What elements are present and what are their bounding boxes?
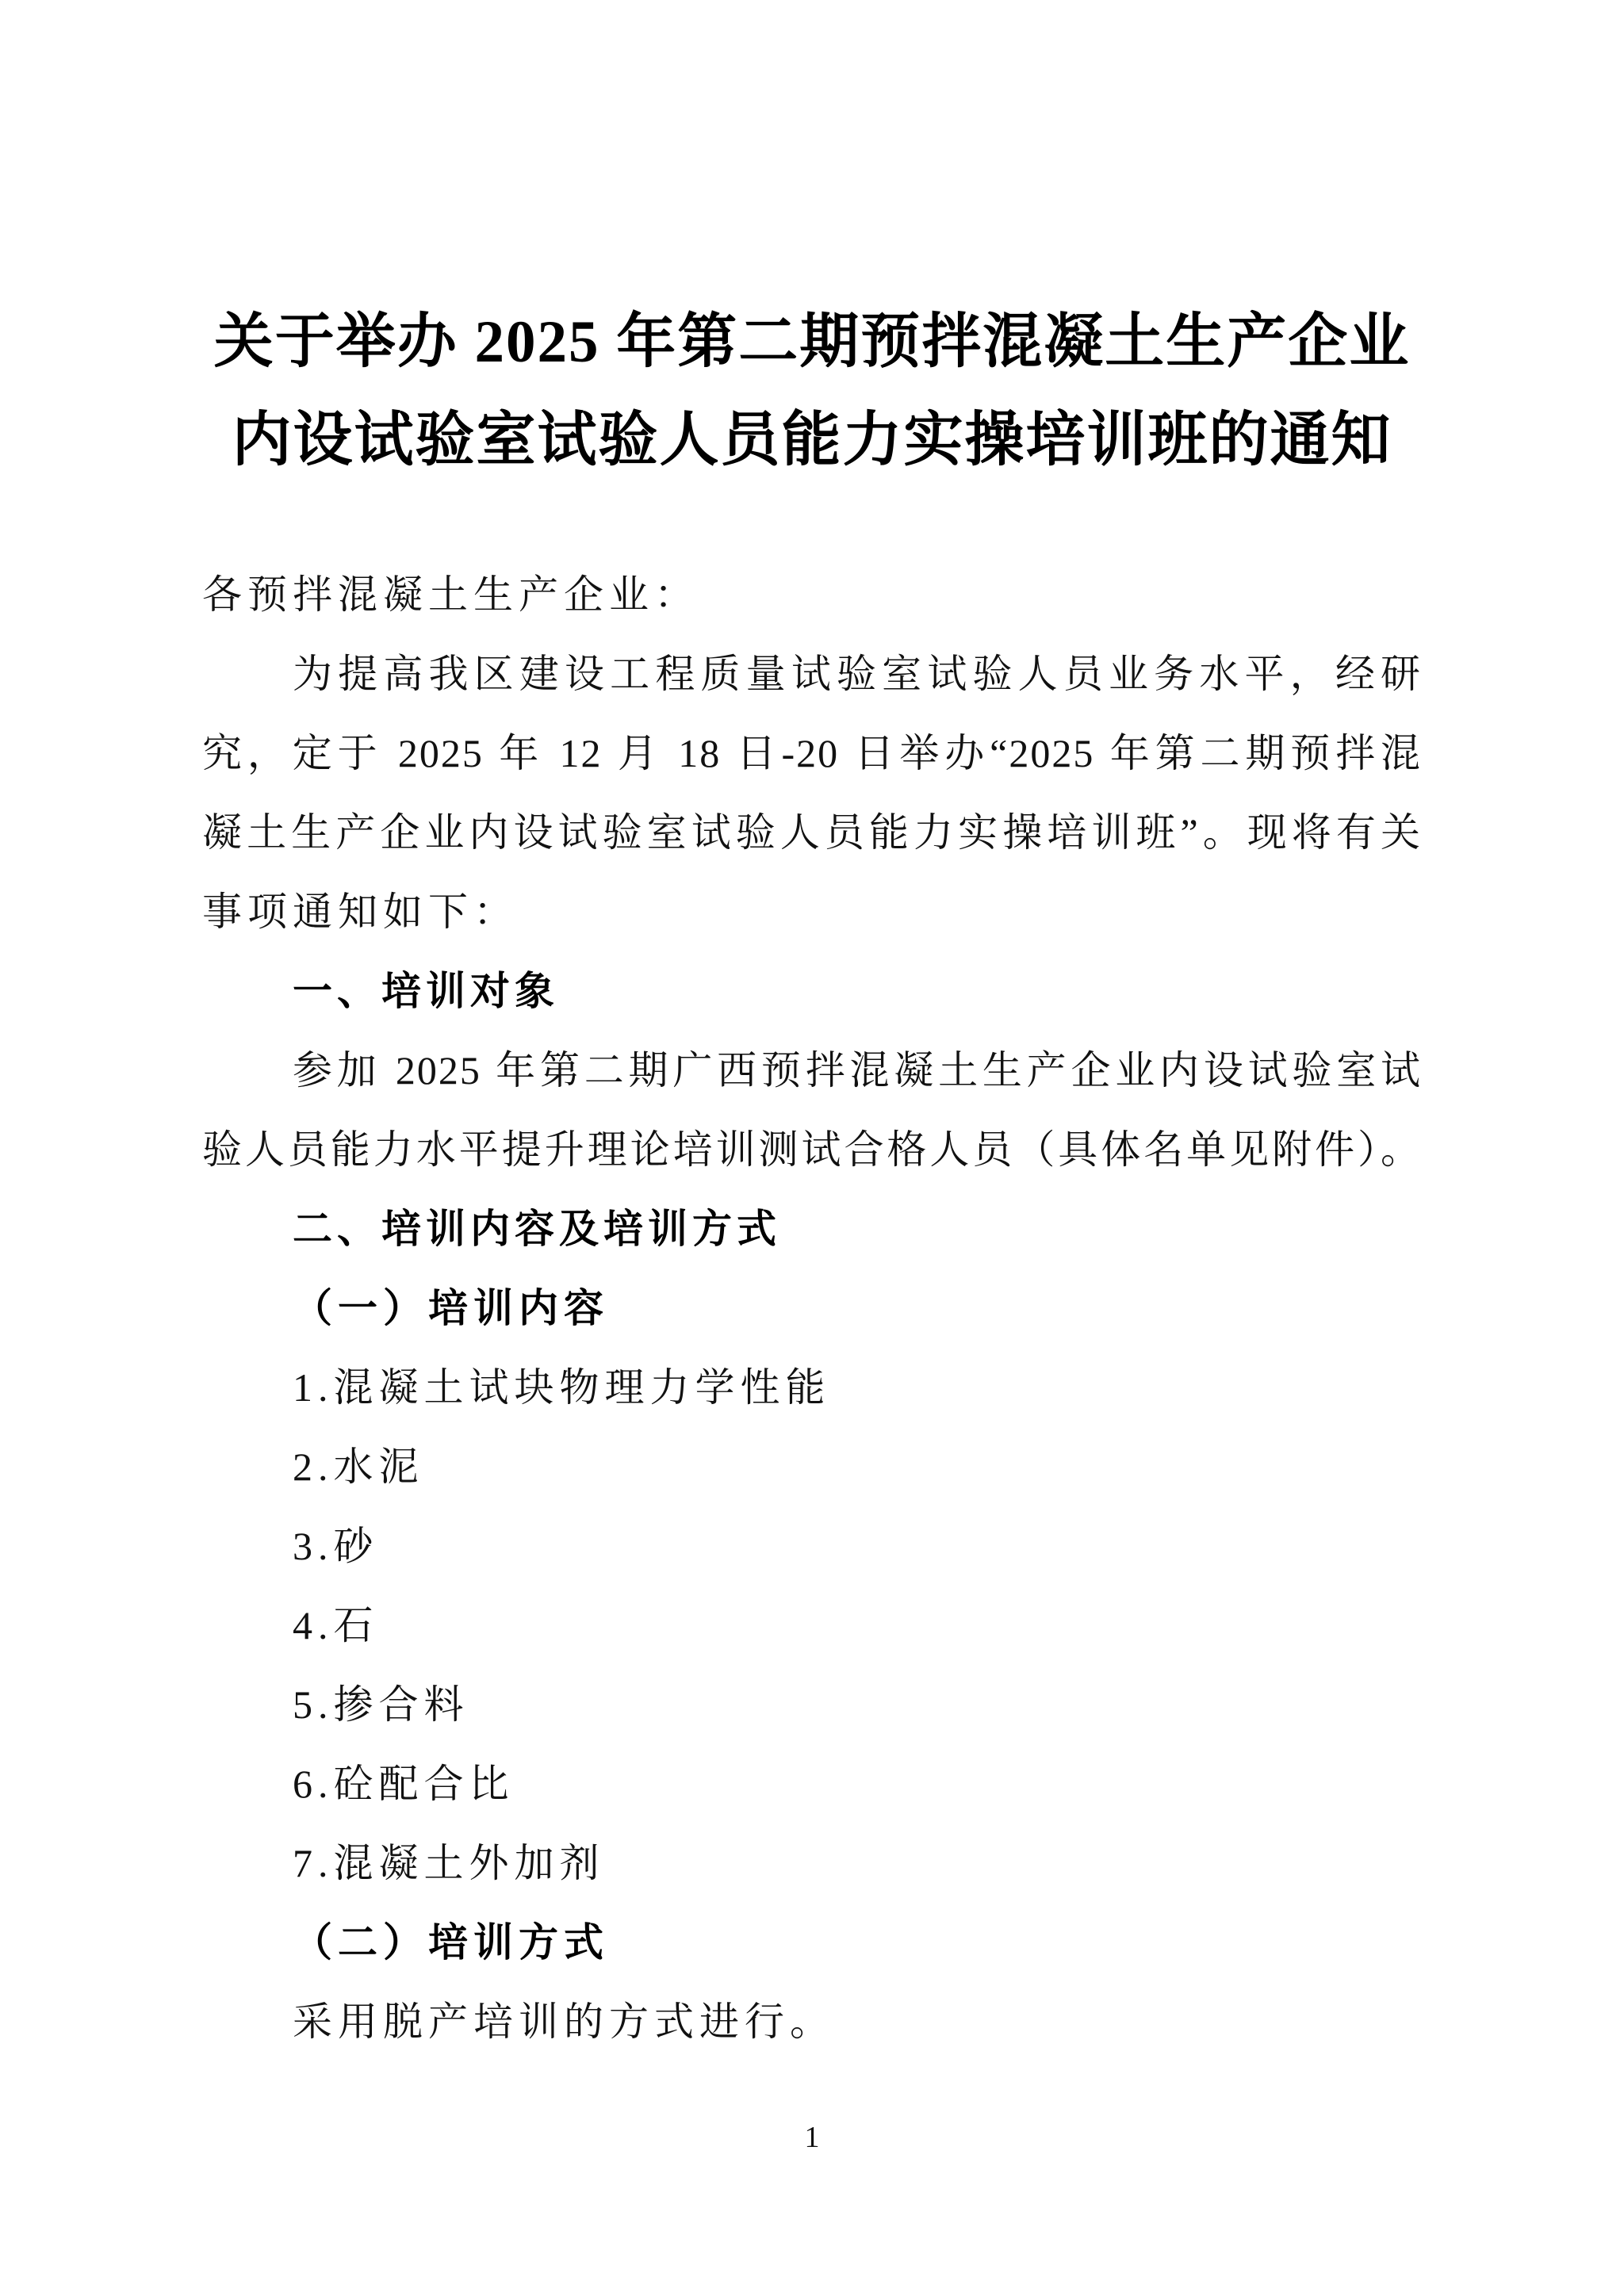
title-line-1: 关于举办 2025 年第二期预拌混凝土生产企业 — [101, 293, 1522, 392]
section1-heading: 一、培训对象 — [202, 951, 1422, 1031]
intro-line-1: 为提高我区建设工程质量试验室试验人员业务水平，经研 — [202, 634, 1422, 714]
section1-line-1: 参加 2025 年第二期广西预拌混凝土生产企业内设试验室试 — [202, 1031, 1422, 1110]
training-item-1: 1.混凝土试块物理力学性能 — [202, 1348, 1422, 1427]
salutation: 各预拌混凝土生产企业： — [202, 555, 1422, 634]
notice-page: 关于举办 2025 年第二期预拌混凝土生产企业 内设试验室试验人员能力实操培训班… — [0, 0, 1624, 2296]
training-item-4: 4.石 — [202, 1586, 1422, 1665]
section1-line-2: 验人员能力水平提升理论培训测试合格人员（具体名单见附件）。 — [202, 1110, 1422, 1189]
section2-heading: 二、培训内容及培训方式 — [202, 1189, 1422, 1269]
section2-sub1-heading: （一）培训内容 — [202, 1269, 1422, 1348]
page-number: 1 — [0, 2118, 1624, 2156]
training-item-7: 7.混凝土外加剂 — [202, 1823, 1422, 1903]
training-item-5: 5.掺合料 — [202, 1665, 1422, 1744]
training-item-2: 2.水泥 — [202, 1427, 1422, 1506]
intro-line-3: 凝土生产企业内设试验室试验人员能力实操培训班”。现将有关 — [202, 793, 1422, 872]
section2-sub2-text: 采用脱产培训的方式进行。 — [202, 1982, 1422, 2061]
intro-line-4: 事项通知如下： — [202, 872, 1422, 951]
training-item-3: 3.砂 — [202, 1506, 1422, 1586]
document-title: 关于举办 2025 年第二期预拌混凝土生产企业 内设试验室试验人员能力实操培训班… — [101, 293, 1522, 490]
section2-sub2-heading: （二）培训方式 — [202, 1903, 1422, 1982]
training-item-6: 6.砼配合比 — [202, 1744, 1422, 1823]
document-body: 各预拌混凝土生产企业： 为提高我区建设工程质量试验室试验人员业务水平，经研 究，… — [202, 555, 1422, 2061]
intro-line-2: 究，定于 2025 年 12 月 18 日-20 日举办“2025 年第二期预拌… — [202, 714, 1422, 793]
title-line-2: 内设试验室试验人员能力实操培训班的通知 — [101, 392, 1522, 490]
